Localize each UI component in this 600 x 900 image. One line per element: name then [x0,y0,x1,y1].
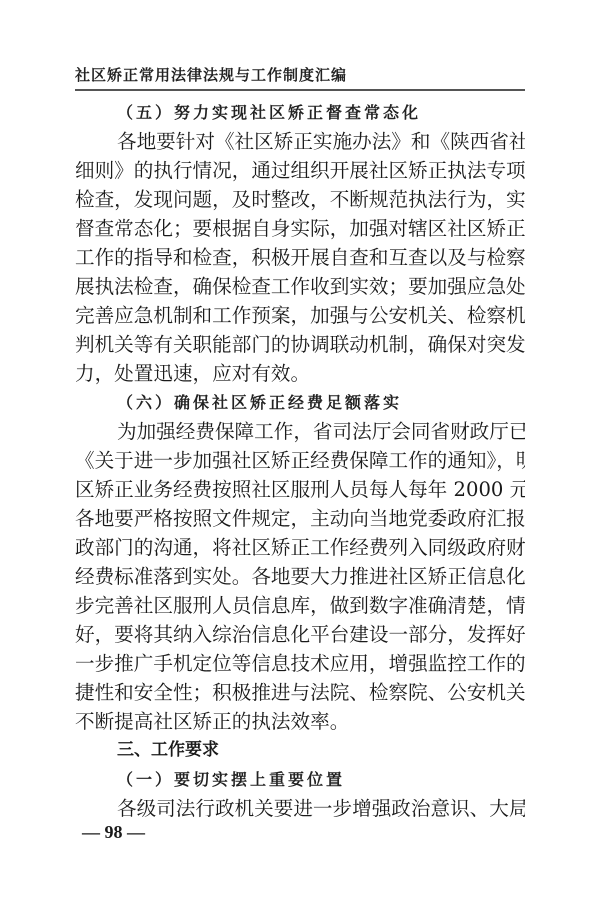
page-number: — 98 — [82,822,145,843]
paragraph-line: 工作的指导和检查，积极开展自查和互查以及与检察机关联合开 [75,243,525,272]
paragraph-line: 细则》的执行情况，通过组织开展社区矫正执法专项检查和年度 [75,156,525,185]
paragraph-line: 区矫正业务经费按照社区服刑人员每人每年 2000 元标准保障。 [75,475,525,504]
paragraph-line: 不断提高社区矫正的执法效率。 [75,707,525,736]
section-heading-3: 三、工作要求 [75,736,525,765]
paragraph-line: 判机关等有关职能部门的协调联动机制，确保对突发事件防范有 [75,330,525,359]
paragraph-line: 好，要将其纳入综治信息化平台建设一部分，发挥好作用；要进 [75,620,525,649]
paragraph-line: 检查，发现问题，及时整改，不断规范执法行为，实现社区矫正 [75,185,525,214]
header-rule-divider [75,89,525,91]
paragraph-line: 政部门的沟通，将社区矫正工作经费列入同级政府财政预算，把 [75,533,525,562]
paragraph-line: 《关于进一步加强社区矫正经费保障工作的通知》，明确了全省社 [75,446,525,475]
paragraph-line: 一步推广手机定位等信息技术应用，增强监控工作的有效性、便 [75,649,525,678]
subheading-5: （五）努力实现社区矫正督查常态化 [75,98,525,127]
paragraph-line: 展执法检查，确保检查工作收到实效；要加强应急处置，进一步 [75,272,525,301]
running-header-title: 社区矫正常用法律法规与工作制度汇编 [75,64,347,85]
paragraph-line: 各地要针对《社区矫正实施办法》和《陕西省社区矫正实施 [75,127,525,156]
subheading-3-1: （一）要切实摆上重要位置 [75,765,525,794]
page-body: （五）努力实现社区矫正督查常态化 各地要针对《社区矫正实施办法》和《陕西省社区矫… [75,98,525,823]
paragraph-line: 步完善社区服刑人员信息库，做到数字准确清楚，情况明，管控 [75,591,525,620]
paragraph-line: 督查常态化；要根据自身实际，加强对辖区社区矫正执法规范化 [75,214,525,243]
paragraph-line: 经费标准落到实处。各地要大力推进社区矫正信息化建设，进一 [75,562,525,591]
subheading-6: （六）确保社区矫正经费足额落实 [75,388,525,417]
paragraph-line: 捷性和安全性；积极推进与法院、检察院、公安机关互联互通， [75,678,525,707]
paragraph-line: 各地要严格按照文件规定，主动向当地党委政府汇报，加强与财 [75,504,525,533]
paragraph-line: 各级司法行政机关要进一步增强政治意识、大局意识、核心 [75,794,525,823]
paragraph-line: 完善应急机制和工作预案，加强与公安机关、检察机关、司法审 [75,301,525,330]
paragraph-line: 为加强经费保障工作，省司法厅会同省财政厅已经出台了 [75,417,525,446]
paragraph-line: 力，处置迅速，应对有效。 [75,359,525,388]
